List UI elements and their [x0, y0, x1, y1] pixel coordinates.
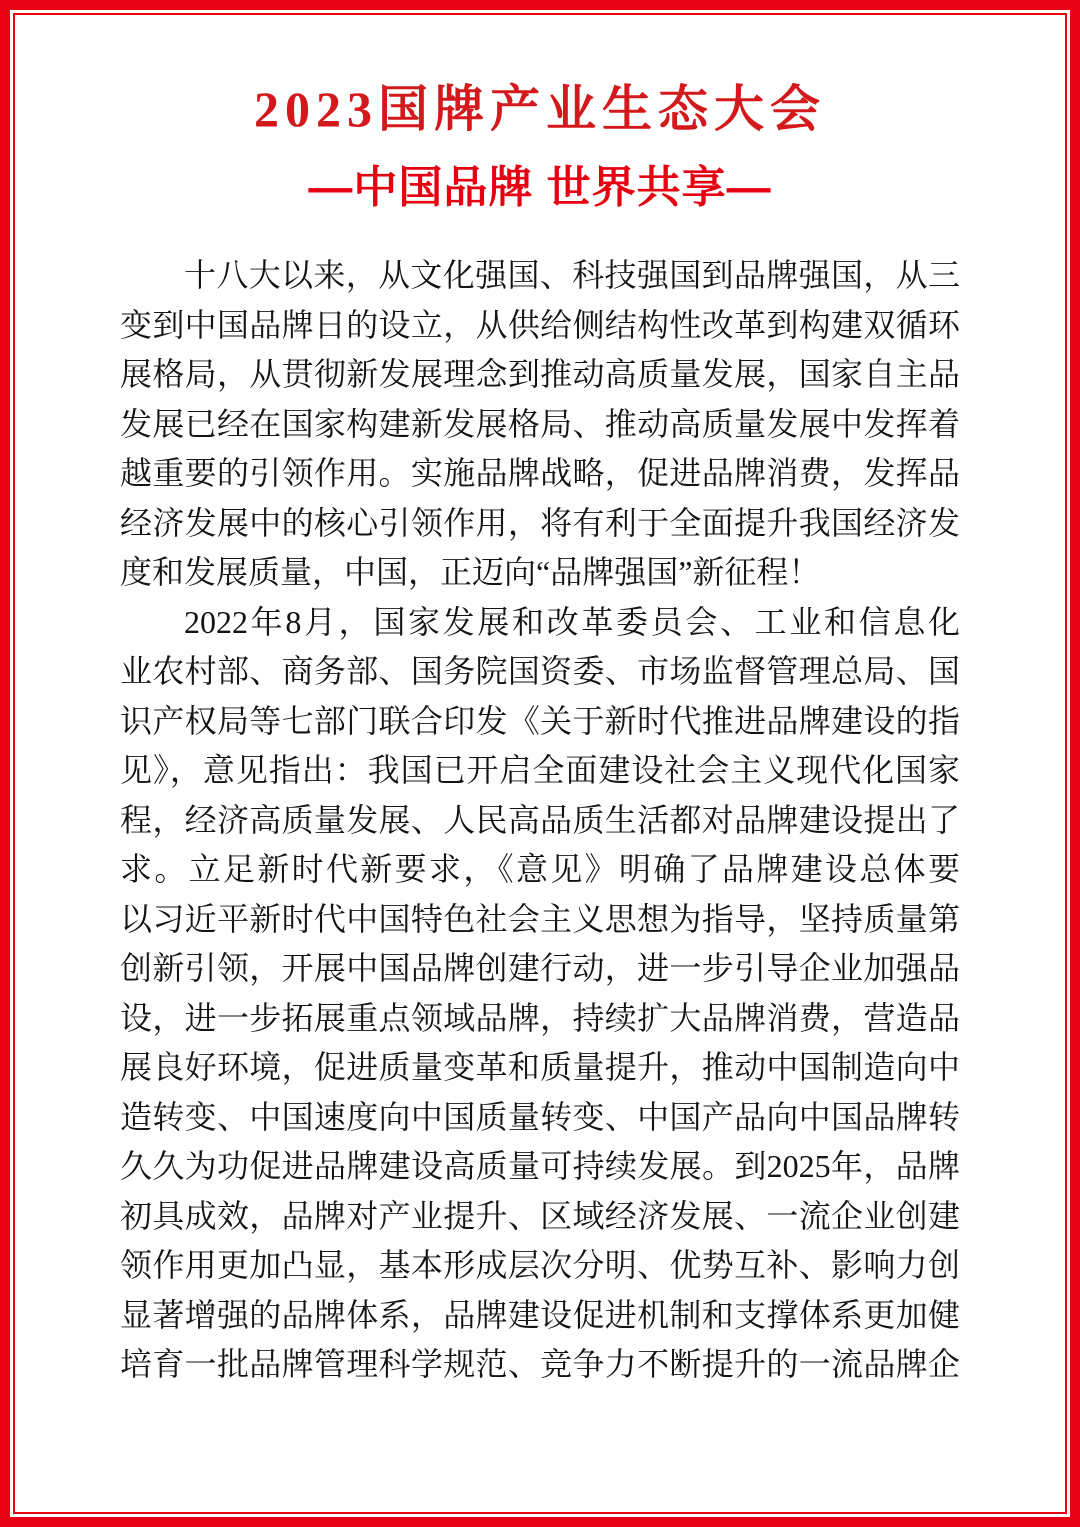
body-line: 越重要的引领作用。实施品牌战略，促进品牌消费，发挥品牌在 [120, 449, 960, 499]
body-line: 求。立足新时代新要求，《意见》明确了品牌建设总体要求，即 [120, 845, 960, 895]
body-line: 培育一批品牌管理科学规范、竞争力不断提升的一流品牌企业， [120, 1340, 960, 1390]
conference-title: 2023国牌产业生态大会 [120, 79, 960, 139]
body-line: 发展已经在国家构建新发展格局、推动高质量发展中发挥着越来 [120, 400, 960, 450]
body-line: 显著增强的品牌体系，品牌建设促进机制和支撑体系更加健全， [120, 1291, 960, 1341]
body-line: 经济发展中的核心引领作用，将有利于全面提升我国经济发展速 [120, 499, 960, 549]
conference-subtitle: —中国品牌 世界共享— [120, 161, 960, 215]
body-line: 展良好环境，促进质量变革和质量提升，推动中国制造向中国创 [120, 1043, 960, 1093]
body-line: 识产权局等七部门联合印发《关于新时代推进品牌建设的指导意 [120, 697, 960, 747]
inner-border-frame: 2023国牌产业生态大会 —中国品牌 世界共享— 十八大以来，从文化强国、科技强… [13, 13, 1067, 1514]
body-line: 十八大以来，从文化强国、科技强国到品牌强国，从三个转 [120, 251, 960, 301]
body-line: 变到中国品牌日的设立，从供给侧结构性改革到构建双循环新发 [120, 301, 960, 351]
body-line: 创新引领，开展中国品牌创建行动，进一步引导企业加强品牌建 [120, 944, 960, 994]
body-line: 造转变、中国速度向中国质量转变、中国产品向中国品牌转变， [120, 1093, 960, 1143]
body-line: 初具成效，品牌对产业提升、区域经济发展、一流企业创建的引 [120, 1192, 960, 1242]
body-line: 以习近平新时代中国特色社会主义思想为指导，坚持质量第一、 [120, 895, 960, 945]
document-body: 十八大以来，从文化强国、科技强国到品牌强国，从三个转变到中国品牌日的设立，从供给… [120, 251, 960, 1390]
document-content: 2023国牌产业生态大会 —中国品牌 世界共享— 十八大以来，从文化强国、科技强… [15, 15, 1065, 1390]
body-line: 见》，意见指出：我国已开启全面建设社会主义现代化国家新征 [120, 746, 960, 796]
body-line: 久久为功促进品牌建设高质量可持续发展。到2025年，品牌建设 [120, 1142, 960, 1192]
page-frame: 2023国牌产业生态大会 —中国品牌 世界共享— 十八大以来，从文化强国、科技强… [0, 0, 1080, 1527]
body-line: 业农村部、商务部、国务院国资委、市场监督管理总局、国家知 [120, 647, 960, 697]
body-line: 度和发展质量，中国，正迈向“品牌强国”新征程！ [120, 548, 960, 598]
paragraph: 2022年8月，国家发展和改革委员会、工业和信息化部、农业农村部、商务部、国务院… [120, 598, 960, 1390]
body-line: 设，进一步拓展重点领域品牌，持续扩大品牌消费，营造品牌发 [120, 994, 960, 1044]
body-line: 2022年8月，国家发展和改革委员会、工业和信息化部、农 [120, 598, 960, 648]
body-line: 展格局，从贯彻新发展理念到推动高质量发展，国家自主品牌的 [120, 350, 960, 400]
body-line: 程，经济高质量发展、人民高品质生活都对品牌建设提出了新要 [120, 796, 960, 846]
body-line: 领作用更加凸显，基本形成层次分明、优势互补、影响力创新力 [120, 1241, 960, 1291]
paragraph: 十八大以来，从文化强国、科技强国到品牌强国，从三个转变到中国品牌日的设立，从供给… [120, 251, 960, 598]
